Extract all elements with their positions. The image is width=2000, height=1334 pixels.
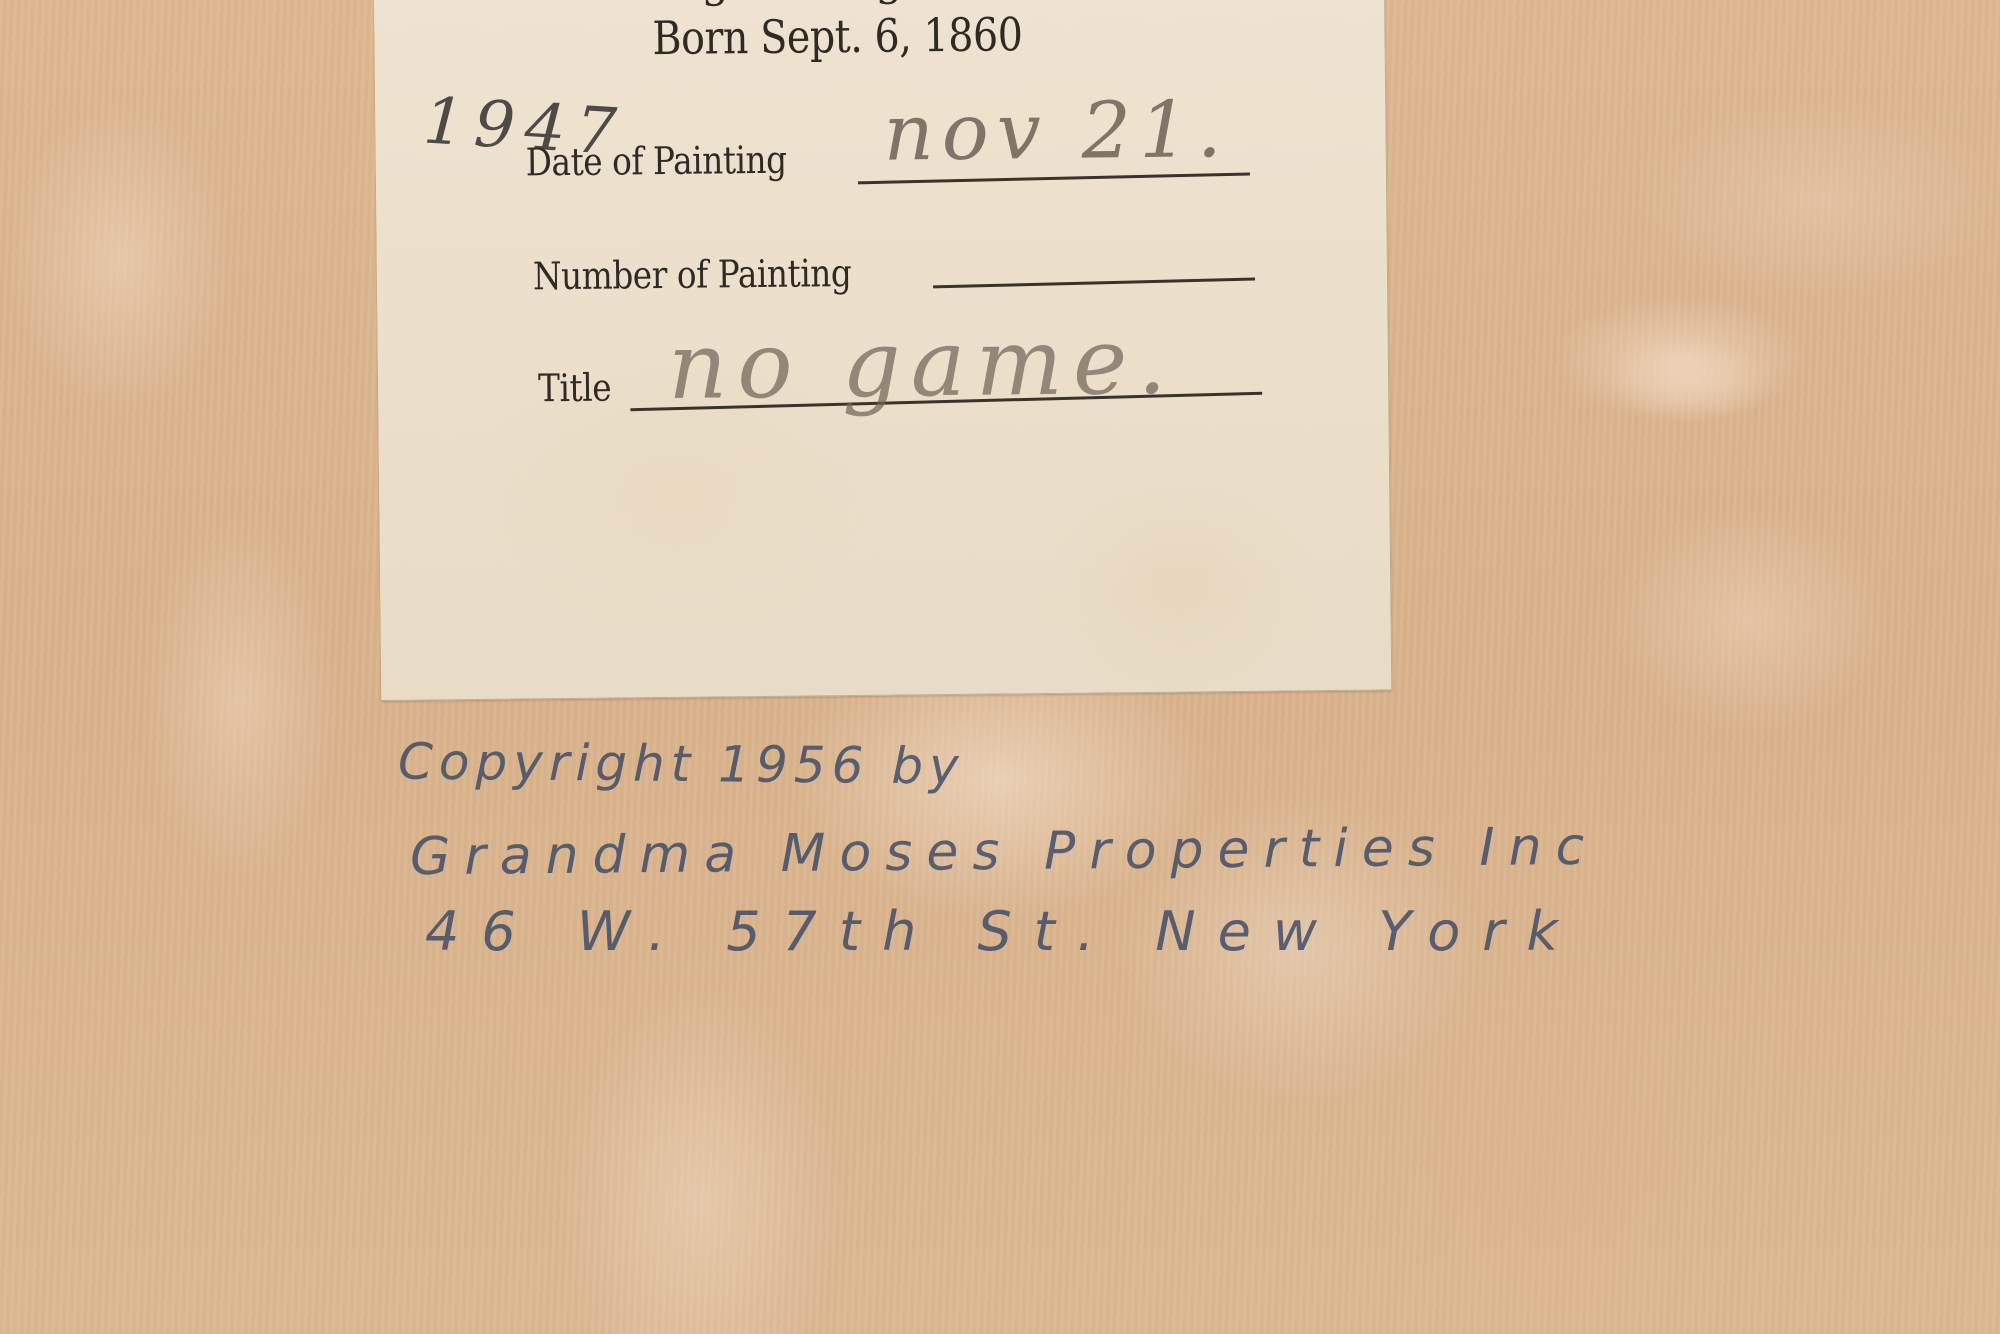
date-of-painting-label: Date of Painting [526,138,787,185]
number-of-painting-line [933,278,1255,289]
number-of-painting-label: Number of Painting [533,251,852,298]
inscription-line-1: Copyright 1956 by [398,733,965,796]
label-born-line: Born Sept. 6, 1860 [652,7,1023,65]
inscription-line-3: 46 W. 57th St. New York [425,900,1580,963]
date-of-painting-value: nov 21. [883,85,1230,179]
inscription-line-2: Grandma Moses Properties Inc [410,817,1599,887]
painting-label-card: Eagle Bridge, N.Y. Born Sept. 6, 1860 19… [374,0,1392,701]
title-label: Title [538,366,611,411]
title-value: no game. [667,308,1177,420]
